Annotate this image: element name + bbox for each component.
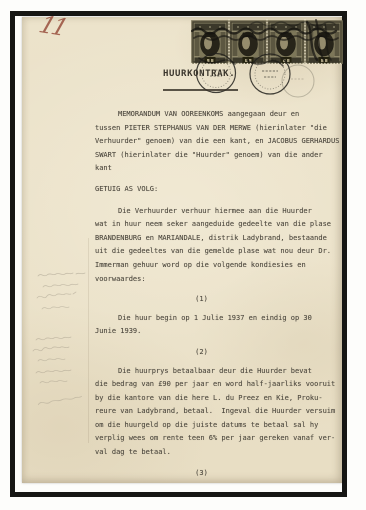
- document-line: wat in huur neem seker aangeduide gedeel…: [95, 218, 347, 232]
- document-line: Die Verhuurder verhuur hiermee aan die H…: [95, 205, 347, 219]
- document-line: Verhuurder" genoem) van die een kant, en…: [95, 135, 347, 149]
- pencil-annotation: [34, 388, 86, 414]
- document-line: om die huurgeld op die juiste datums te …: [95, 419, 347, 433]
- document-title: HUURKONTRAK.: [163, 69, 235, 79]
- document-line: reure van Ladybrand, betaal. Ingeval die…: [95, 405, 347, 419]
- document-body: MEMORANDUM VAN OOREENKOMS aangegaan deur…: [95, 108, 347, 485]
- document-line: (1): [95, 293, 308, 307]
- document-line: verplig wees om rente teen 6% per jaar g…: [95, 432, 347, 446]
- document-line: Immerman gehuur word op die volgende kon…: [95, 259, 347, 273]
- postmark-icon: [282, 65, 314, 97]
- document-line: die bedrag van £90 per jaar en word half…: [95, 378, 347, 392]
- document-line: uit die gedeeltes van die gemelde plase …: [95, 245, 347, 259]
- postage-stamp: [192, 21, 229, 64]
- document-line: tussen PIETER STEPHANUS VAN DER MERWE (h…: [95, 122, 347, 136]
- document-line: SWART (hierinlater die "Huurder" genoem)…: [95, 149, 347, 163]
- postage-stamp: [268, 21, 305, 64]
- document-line: kant: [95, 162, 347, 176]
- document-line: Junie 1939.: [95, 325, 347, 339]
- document-line: (2): [95, 346, 308, 360]
- document-line: Die huur begin op 1 Julie 1937 en eindig…: [95, 312, 347, 326]
- document-line: MEMORANDUM VAN OOREENKOMS aangegaan deur…: [95, 108, 347, 122]
- title-underline: [163, 89, 238, 91]
- postage-stamp-strip: [191, 18, 343, 100]
- document-line: by die kantore van die here L. du Preez …: [95, 392, 347, 406]
- document-line: BRANDENBURG en MARIANDALE, distrik Ladyb…: [95, 232, 347, 246]
- postage-stamp: [230, 21, 267, 64]
- document-line: (3): [95, 467, 308, 481]
- pencil-annotation: [34, 268, 96, 318]
- document-line: voorwaardes:: [95, 273, 347, 287]
- document-line: Die huurprys betaalbaar deur die Huurder…: [95, 365, 347, 379]
- document-line: val dag te betaal.: [95, 446, 347, 460]
- document-line: GETUIG AS VOLG:: [95, 183, 347, 197]
- scanned-document-photo: 11: [0, 0, 366, 510]
